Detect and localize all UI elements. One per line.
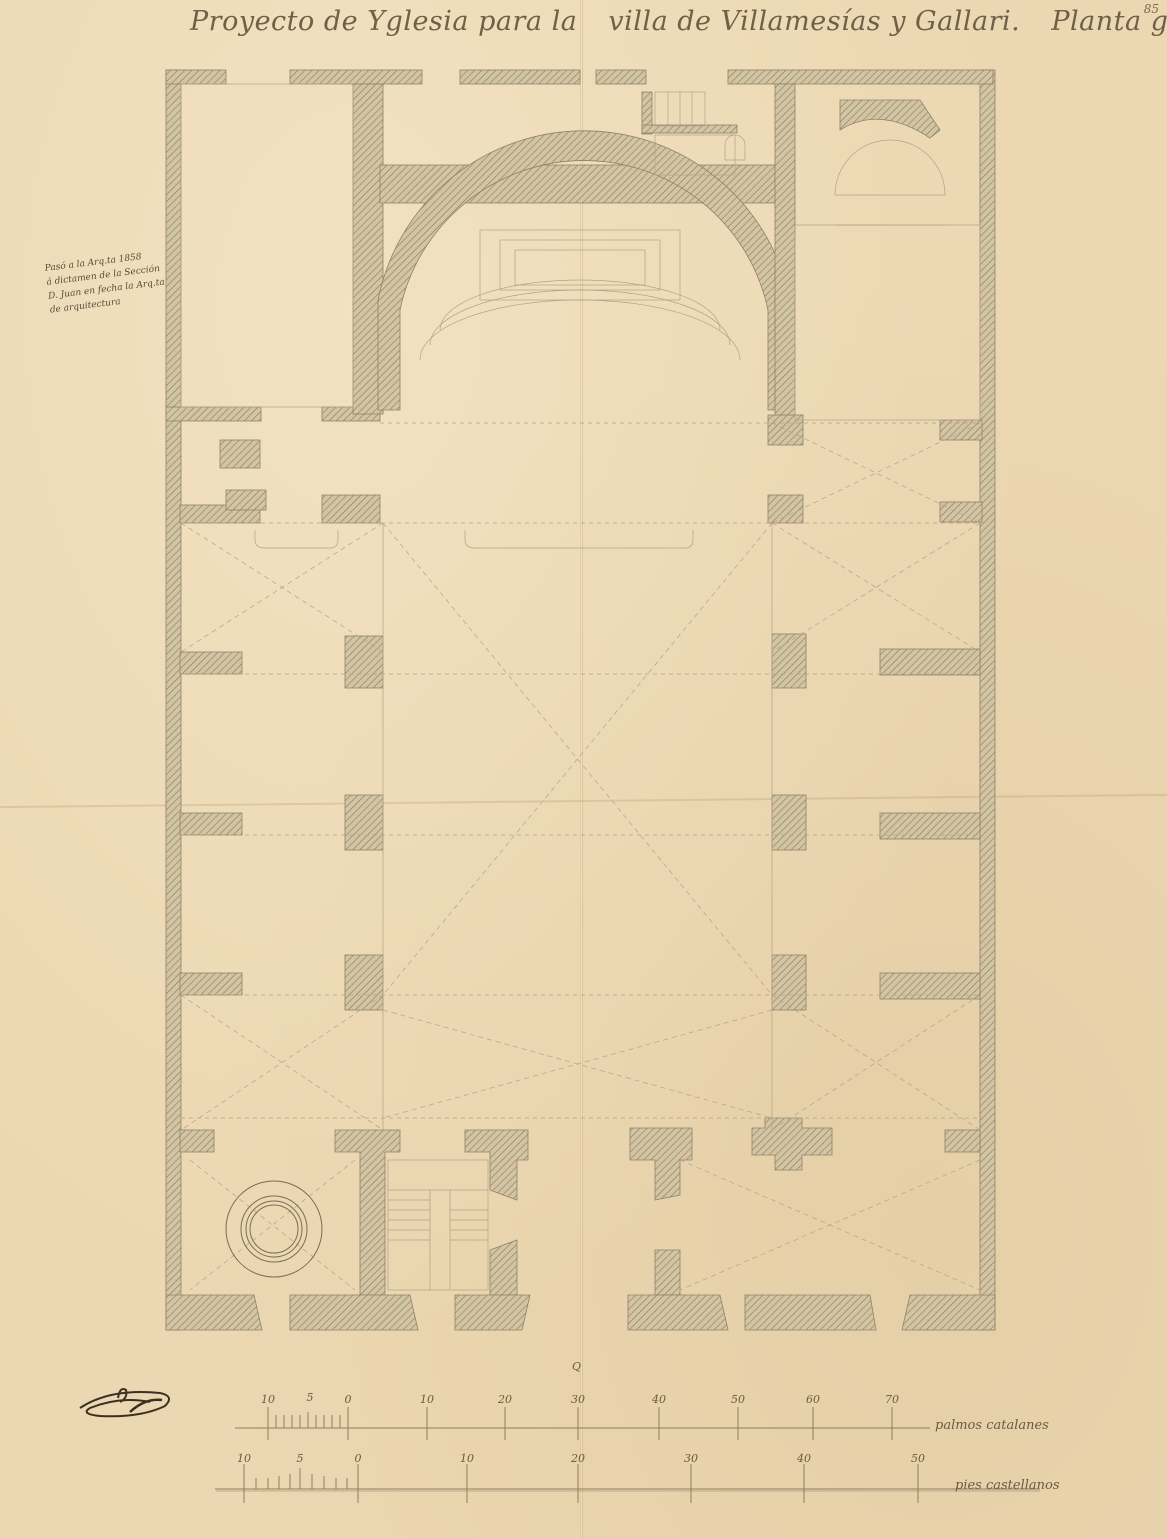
scale-tick-label: 0 <box>355 1452 362 1465</box>
light-construction-lines <box>181 84 980 1290</box>
scale-tick-label: 40 <box>797 1452 811 1465</box>
baptismal-font <box>226 1181 322 1277</box>
signature-rubric-icon <box>70 1378 180 1428</box>
scale-tick-label: 30 <box>571 1393 585 1406</box>
scale-tick-label: 60 <box>806 1393 820 1406</box>
scale-tick-label: 20 <box>498 1393 512 1406</box>
scale-tick-label: 10 <box>237 1452 251 1465</box>
scale-tick-label: 10 <box>261 1393 275 1406</box>
scale-tick-label: 5 <box>307 1391 314 1404</box>
floor-plan <box>0 0 1167 1538</box>
scale-tick-label: 30 <box>684 1452 698 1465</box>
scale-unit-pies: pies castellanos <box>955 1478 1060 1493</box>
scale-tick-label: 0 <box>345 1393 352 1406</box>
scale-tick-label: 70 <box>885 1393 899 1406</box>
scale-tick-label: 40 <box>652 1393 666 1406</box>
walls <box>166 70 995 1330</box>
scale-tick-label: 10 <box>460 1452 474 1465</box>
centre-axis-mark: Q <box>572 1360 581 1373</box>
scale-tick-label: 50 <box>731 1393 745 1406</box>
scale-tick-label: 10 <box>420 1393 434 1406</box>
scale-tick-label: 20 <box>571 1452 585 1465</box>
scale-unit-palmos: palmos catalanes <box>935 1418 1049 1433</box>
scale-tick-label: 5 <box>297 1452 304 1465</box>
scale-tick-label: 50 <box>911 1452 925 1465</box>
